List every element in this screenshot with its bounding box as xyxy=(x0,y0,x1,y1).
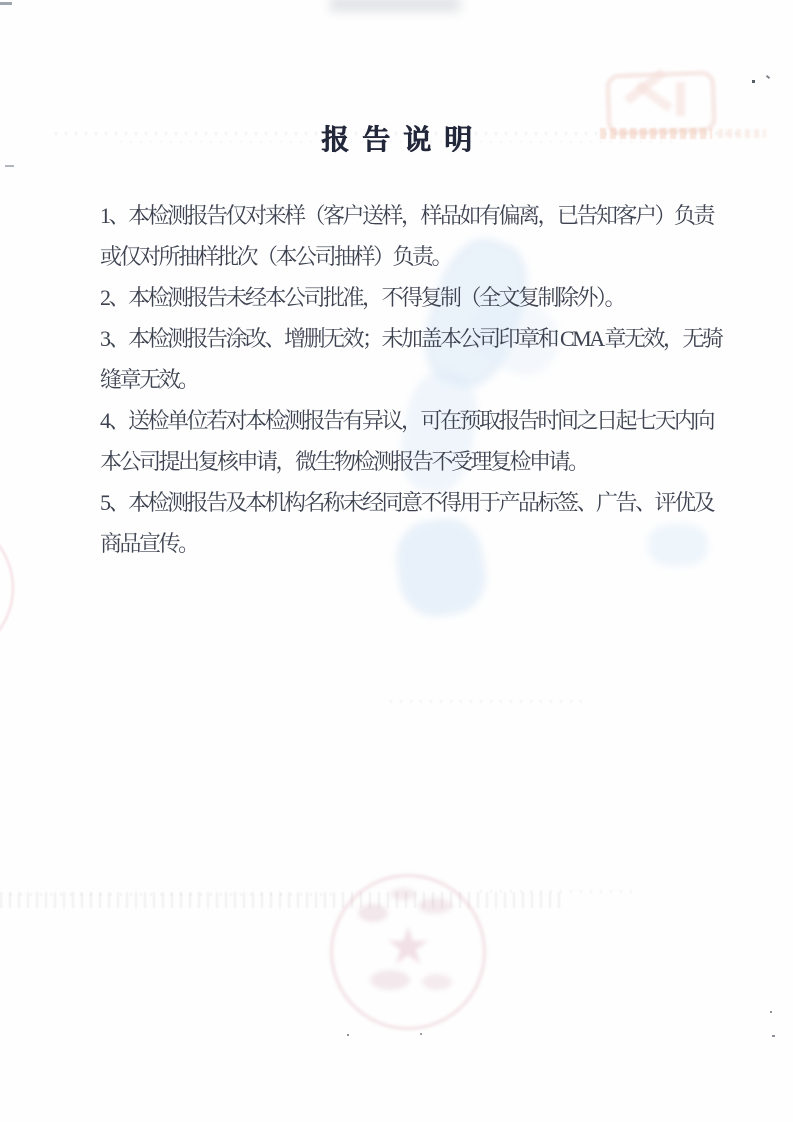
note-line: 或仅对所抽样批次（本公司抽样）负责。 xyxy=(100,236,745,277)
scan-speck xyxy=(347,1034,349,1036)
seal-speckle xyxy=(422,974,452,990)
scan-speck xyxy=(772,1035,775,1037)
scan-speck xyxy=(5,165,14,167)
note-item-1: 1、本检测报告仅对来样（客户送样，样品如有偏离，已告知客户）负责 或仅对所抽样批… xyxy=(100,195,745,277)
page-title: 报告说明 xyxy=(0,118,793,158)
note-item-5: 5、本检测报告及本机构名称未经同意不得用于产品标签、广告、评优及 商品宣传。 xyxy=(100,482,745,564)
seal-star-icon: ★ xyxy=(330,922,486,974)
scan-noise-band xyxy=(0,892,560,908)
seal-speckle xyxy=(390,888,416,900)
report-notes: 1、本检测报告仅对来样（客户送样，样品如有偏离，已告知客户）负责 或仅对所抽样批… xyxy=(100,195,745,564)
seal-speckle xyxy=(418,898,452,914)
note-item-2: 2、本检测报告未经本公司批准，不得复制（全文复制除外）。 xyxy=(100,277,745,318)
scan-speck xyxy=(770,1011,772,1013)
scanned-report-page: 报告说明 1、本检测报告仅对来样（客户送样，样品如有偏离，已告知客户）负责 或仅… xyxy=(0,0,793,1122)
seal-stamp-bleedthrough: ★ xyxy=(330,874,486,1030)
note-line: 缝章无效。 xyxy=(100,359,745,400)
scan-noise-band xyxy=(390,700,590,703)
note-item-4: 4、送检单位若对本检测报告有异议，可在预取报告时间之日起七天内向 本公司提出复核… xyxy=(100,400,745,482)
edge-stamp-arc xyxy=(0,516,14,660)
note-line: 3、本检测报告涂改、增删无效；未加盖本公司印章和 CMA 章无效，无骑 xyxy=(100,318,745,359)
note-line: 本公司提出复核申请，微生物检测报告不受理复检申请。 xyxy=(100,441,745,482)
scan-speck xyxy=(420,1033,422,1035)
seal-speckle xyxy=(358,904,388,922)
seal-speckle xyxy=(370,970,410,990)
note-line: 商品宣传。 xyxy=(100,523,745,564)
logo-stroke-icon xyxy=(676,82,685,116)
note-line: 4、送检单位若对本检测报告有异议，可在预取报告时间之日起七天内向 xyxy=(100,400,745,441)
note-line: 2、本检测报告未经本公司批准，不得复制（全文复制除外）。 xyxy=(100,277,745,318)
scan-speck xyxy=(0,2,12,5)
note-item-3: 3、本检测报告涂改、增删无效；未加盖本公司印章和 CMA 章无效，无骑 缝章无效… xyxy=(100,318,745,400)
note-line: 1、本检测报告仅对来样（客户送样，样品如有偏离，已告知客户）负责 xyxy=(100,195,745,236)
scan-smudge-top xyxy=(330,0,460,12)
note-line: 5、本检测报告及本机构名称未经同意不得用于产品标签、广告、评优及 xyxy=(100,482,745,523)
